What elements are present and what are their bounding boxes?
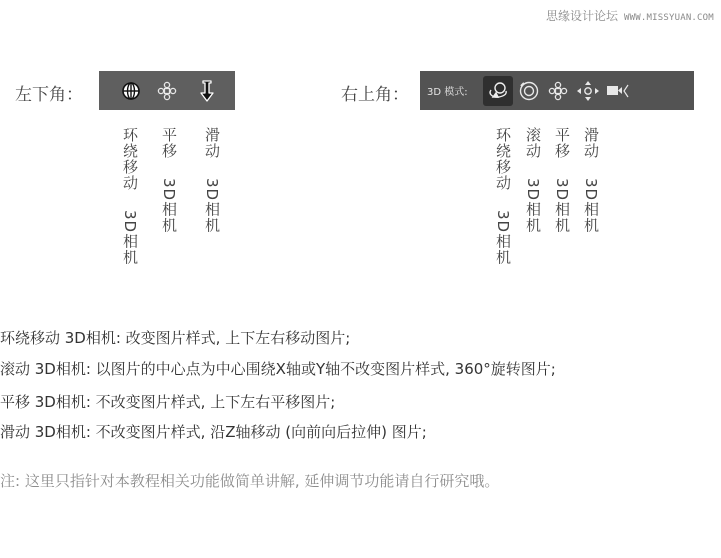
- vlabel-tr-roll: 滚动 3D相机: [524, 127, 542, 233]
- watermark: 思缘设计论坛WWW.MISSYUAN.COM: [546, 7, 714, 24]
- description-roll: 滚动 3D相机: 以图片的中心点为中心围绕X轴或Y轴不改变图片样式, 360°旋…: [0, 358, 556, 379]
- description-slide: 滑动 3D相机: 不改变图片样式, 沿Z轴移动 (向前向后拉伸) 图片;: [0, 421, 427, 442]
- vlabel-tr-orbit: 环绕移动 3D相机: [494, 127, 512, 265]
- vlabel-orbit: 环绕移动 3D相机: [121, 127, 139, 265]
- vlabel-tr-slide: 滑动 3D相机: [582, 127, 600, 233]
- watermark-site-name: 思缘设计论坛: [546, 9, 618, 23]
- vlabel-tr-pan: 平移 3D相机: [553, 127, 571, 233]
- vlabel-slide: 滑动 3D相机: [203, 127, 221, 233]
- top-right-label: 右上角：: [341, 80, 409, 105]
- slide-arrow-icon[interactable]: [194, 78, 220, 104]
- orbit-globe-icon[interactable]: [118, 78, 144, 104]
- description-pan: 平移 3D相机: 不改变图片样式, 上下左右平移图片;: [0, 391, 335, 412]
- top-right-toolbar: 3D 模式:: [420, 71, 694, 110]
- camera-zoom-icon[interactable]: [605, 78, 631, 104]
- roll-icon[interactable]: [516, 78, 542, 104]
- vlabel-pan: 平移 3D相机: [160, 127, 178, 233]
- bottom-left-toolbar: [99, 71, 235, 110]
- slide-icon[interactable]: [575, 78, 601, 104]
- note: 注: 这里只指针对本教程相关功能做简单讲解, 延伸调节功能请自行研究哦。: [0, 470, 499, 491]
- bottom-left-label: 左下角：: [15, 80, 83, 105]
- pan-cross-icon[interactable]: [154, 78, 180, 104]
- watermark-url: WWW.MISSYUAN.COM: [624, 13, 714, 23]
- 3d-mode-label: 3D 模式:: [427, 83, 468, 98]
- pan-icon[interactable]: [545, 78, 571, 104]
- orbit-icon[interactable]: [483, 76, 513, 106]
- description-orbit: 环绕移动 3D相机: 改变图片样式, 上下左右移动图片;: [0, 327, 350, 348]
